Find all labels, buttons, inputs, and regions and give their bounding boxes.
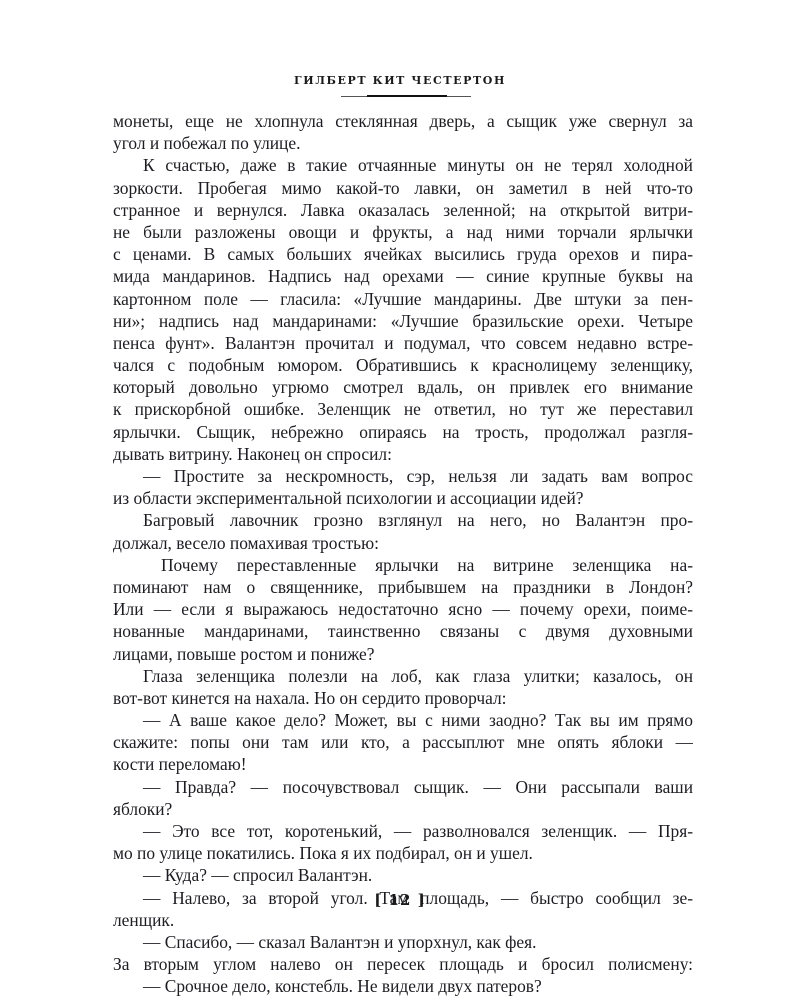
text-line: к прискорбной ошибке. Зеленщик не ответи… [113, 398, 693, 420]
text-line: странное и вернулся. Лавка оказалась зел… [113, 199, 693, 221]
text-line: лицами, повыше ростом и пониже? [113, 643, 693, 665]
text-line: — Правда? — посочувствовал сыщик. — Они … [113, 776, 693, 798]
text-line: — Простите за нескромность, сэр, нельзя … [113, 465, 693, 487]
text-line: яблоки? [113, 798, 693, 820]
text-line: с ценами. В самых больших ячейках высили… [113, 243, 693, 265]
text-line: К счастью, даже в такие отчаянные минуты… [113, 154, 693, 176]
text-line: монеты, еще не хлопнула стеклянная дверь… [113, 110, 693, 132]
text-line: мида мандаринов. Надпись над орехами — с… [113, 265, 693, 287]
text-line: угол и побежал по улице. [113, 132, 693, 154]
text-line: Багровый лавочник грозно взглянул на нег… [113, 509, 693, 531]
text-line: Или — если я выражаюсь недостаточно ясно… [113, 598, 693, 620]
text-line: поминают нам о священнике, прибывшем на … [113, 576, 693, 598]
text-line: Глаза зеленщика полезли на лоб, как глаз… [113, 665, 693, 687]
text-line: который довольно угрюмо смотрел вдаль, о… [113, 376, 693, 398]
text-line: скажите: попы они там или кто, а рассыпл… [113, 731, 693, 753]
text-line: вот-вот кинется на нахала. Но он сердито… [113, 687, 693, 709]
text-line: дывать витрину. Наконец он спросил: [113, 443, 693, 465]
text-line: ярлычки. Сыщик, небрежно опираясь на тро… [113, 421, 693, 443]
text-line: чался с подобным юмором. Обратившись к к… [113, 354, 693, 376]
text-line: не были разложены овощи и фрукты, а над … [113, 221, 693, 243]
text-line: ленщик. [113, 909, 693, 931]
running-head: ГИЛБЕРТ КИТ ЧЕСТЕРТОН [0, 74, 800, 87]
text-line: из области экспериментальной психологии … [113, 487, 693, 509]
text-line: картонном поле — гласила: «Лучшие мандар… [113, 288, 693, 310]
text-line: Почему переставленные ярлычки на витрине… [113, 554, 693, 576]
text-line: кости переломаю! [113, 753, 693, 775]
text-line: — Срочное дело, констебль. Не видели дву… [113, 975, 693, 997]
body-text: монеты, еще не хлопнула стеклянная дверь… [113, 110, 693, 998]
text-line: должал, весело помахивая тростью: [113, 532, 693, 554]
text-line: — Куда? — спросил Валантэн. [113, 864, 693, 886]
header-rule-accent [367, 95, 447, 97]
text-line: пенса фунт». Валантэн прочитал и подумал… [113, 332, 693, 354]
text-line: За вторым углом налево он пересек площад… [113, 953, 693, 975]
text-line: — А ваше какое дело? Может, вы с ними за… [113, 709, 693, 731]
book-page: ГИЛБЕРТ КИТ ЧЕСТЕРТОН монеты, еще не хло… [0, 0, 800, 1000]
text-line: мо по улице покатились. Пока я их подбир… [113, 842, 693, 864]
text-line: — Спасибо, — сказал Валантэн и упорхнул,… [113, 931, 693, 953]
text-line: зоркости. Пробегая мимо какой-то лавки, … [113, 177, 693, 199]
text-line: ни»; надпись над мандаринами: «Лучшие бр… [113, 310, 693, 332]
text-line: — Это все тот, коротенький, — разволнова… [113, 820, 693, 842]
text-line: нованные мандаринами, таинственно связан… [113, 620, 693, 642]
page-number: [ 12 ] [0, 891, 800, 909]
